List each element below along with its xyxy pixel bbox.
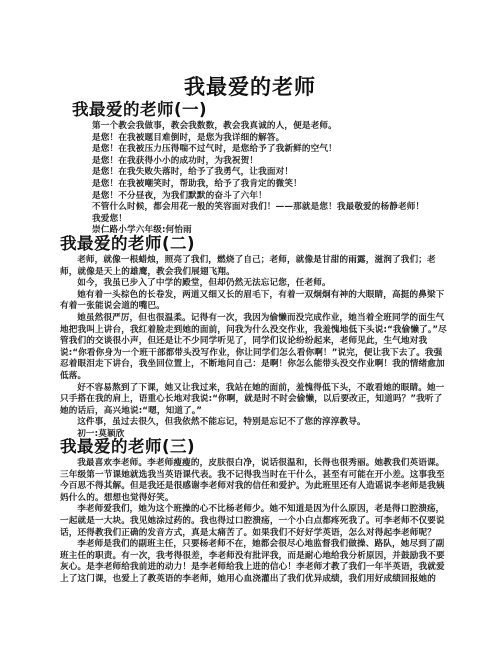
text-line: 是您！在我被嘲笑时，帮助我，给予了我肯定的微笑！ [60, 179, 450, 191]
section-heading: 我最爱的老师(一) [72, 100, 450, 120]
text-line: 是您！不分昼夜，为我们默默的奋斗了六年！ [60, 191, 450, 203]
text-line: 是您！在我被压力压得喘不过气时，是您给予了我新鲜的空气！ [60, 144, 450, 156]
paragraph: 如今，我虽已步入了中学的殿堂，但却仍然无法忘记您，任老师。 [60, 278, 450, 290]
section-heading: 我最爱的老师(三) [60, 437, 450, 457]
paragraph: 好不容易熬到了下课，她又让我过来，我站在她的面前，羞愧得低下头，不敢看她的眼睛。… [60, 383, 450, 418]
document-page: 我最爱的老师 我最爱的老师(一) 第一个教会我做事，教会我数数，教会我真诚的人，… [0, 0, 500, 647]
text-line: 是您！在我获得小小的成功时，为我祝贺！ [60, 156, 450, 168]
text-line: 是您！在我被题目难倒时，是您为我详细的解答。 [60, 133, 450, 145]
section-2: 我最爱的老师(二) 老师，就像一根蜡烛，照亮了我们，燃烧了自己；老师，就像是甘甜… [60, 234, 450, 441]
text-line: 第一个教会我做事，教会我数数，教会我真诚的人，便是老师。 [60, 121, 450, 133]
paragraph: 这件事，虽过去很久，但我依然不能忘记，特别是忘记不了您的淳淳教导。 [60, 417, 450, 429]
text-line: 不管什么时候，都会用花一般的笑容面对我们！——那就是您！我最敬爱的杨静老师！ [60, 202, 450, 214]
text-line: 是您！在我失败失落时，给予了我勇气，让我面对！ [60, 167, 450, 179]
text-line: 我爱您！ [60, 214, 450, 226]
paragraph: 她有着一头棕色的长卷发，两道又细又长的眉毛下，有着一双炯炯有神的大眼睛，高挺的鼻… [60, 290, 450, 313]
section-1: 我最爱的老师(一) 第一个教会我做事，教会我数数，教会我真诚的人，便是老师。 是… [60, 100, 450, 237]
paragraph: 李老师爱我们，她为这个班操的心不比杨老师少。她不知道是因为什么原因，老是得口腔溃… [60, 504, 450, 539]
paragraph: 她虽然很严厉，但也很温柔。记得有一次，我因为偷懒而没完成作业，她当着全班同学的面… [60, 313, 450, 383]
paragraph: 李老师是我们的副班主任，只要杨老师不在，她都会很尽心地监督我们做操、路队，她尽到… [60, 539, 450, 585]
section-3: 我最爱的老师(三) 我最喜欢李老师。李老师瘦瘦的，皮肤很白净，说话很温和，长得也… [60, 437, 450, 586]
document-title: 我最爱的老师 [0, 74, 500, 100]
paragraph: 老师，就像一根蜡烛，照亮了我们，燃烧了自己；老师，就像是甘甜的雨露，滋润了我们；… [60, 255, 450, 278]
paragraph: 我最喜欢李老师。李老师瘦瘦的，皮肤很白净，说话很温和，长得也很秀丽。她教我们英语… [60, 458, 450, 504]
section-heading: 我最爱的老师(二) [60, 234, 450, 254]
